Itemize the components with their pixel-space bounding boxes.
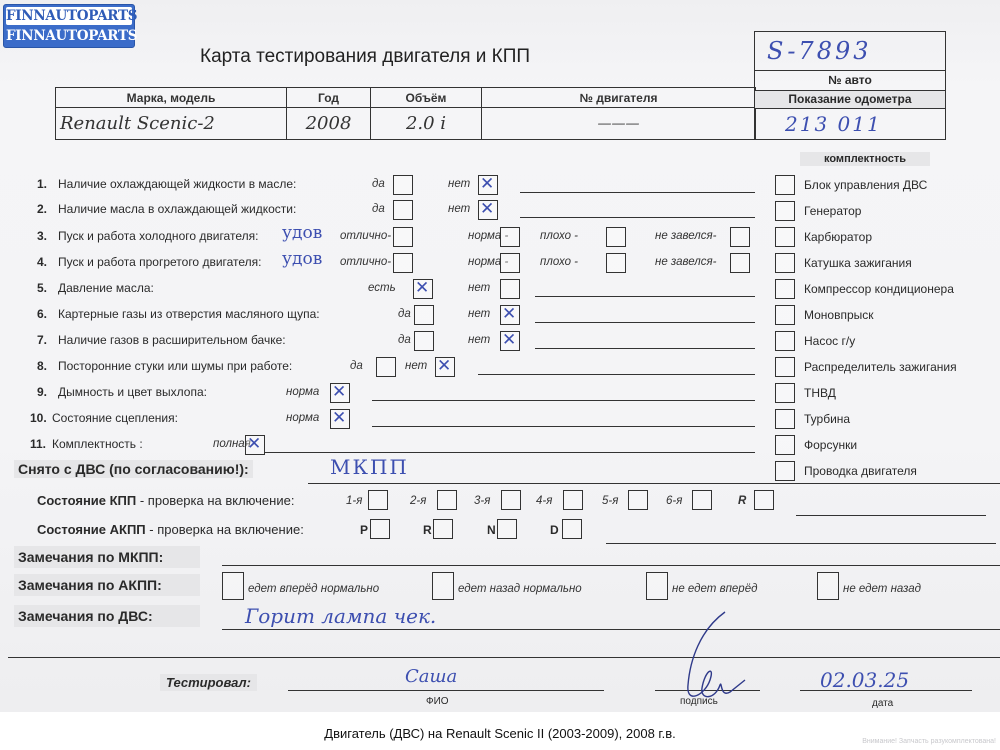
check-number: 4. [37, 255, 47, 269]
check-comment-line [372, 400, 755, 401]
akpp-option-label: не едет вперёд [672, 583, 757, 595]
remarks-dvs-line [222, 629, 1000, 630]
option-checkbox[interactable] [330, 383, 350, 403]
check-number: 1. [37, 177, 47, 191]
option-label: нет [448, 178, 470, 190]
mode-checkbox[interactable] [562, 519, 582, 539]
mode-checkbox[interactable] [497, 519, 517, 539]
check-number: 6. [37, 307, 47, 321]
option-checkbox[interactable] [478, 175, 498, 195]
removed-line [308, 483, 1000, 484]
mode-checkbox[interactable] [433, 519, 453, 539]
option-checkbox[interactable] [606, 253, 626, 273]
option-checkbox[interactable] [393, 175, 413, 195]
completeness-item-label: Катушка зажигания [804, 256, 912, 270]
option-checkbox[interactable] [606, 227, 626, 247]
option-label: отлично- [340, 230, 391, 242]
completeness-item-label: Форсунки [804, 438, 857, 452]
manual-gearbox-label-rest: - проверка на включение: [136, 493, 294, 508]
removed-value: МКПП [330, 455, 409, 479]
option-checkbox[interactable] [330, 409, 350, 429]
check-comment-line [520, 217, 755, 218]
completeness-checkbox[interactable] [775, 253, 795, 273]
remarks-akpp-label: Замечания по АКПП: [14, 574, 200, 596]
name-caption: ФИО [426, 696, 449, 707]
completeness-item-label: Генератор [804, 204, 861, 218]
option-checkbox[interactable] [414, 305, 434, 325]
volume-value: 2.0 i [371, 108, 482, 140]
auto-gearbox-label: Состояние АКПП - проверка на включение: [37, 522, 304, 537]
name-line [288, 690, 604, 691]
mode-checkbox[interactable] [370, 519, 390, 539]
option-checkbox[interactable] [435, 357, 455, 377]
akpp-option-label: едет назад нормально [458, 583, 582, 595]
mode-label: D [550, 523, 559, 537]
scanned-form: FINNAUTOPARTS FINNAUTOPARTS Карта тестир… [0, 0, 1000, 712]
completeness-checkbox[interactable] [775, 201, 795, 221]
remarks-mkpp-label: Замечания по МКПП: [14, 546, 200, 568]
year-value: 2008 [287, 108, 371, 140]
option-label: нет [405, 360, 427, 372]
gear-label: 1-я [346, 495, 362, 507]
remarks-dvs-label: Замечания по ДВС: [14, 605, 200, 627]
gear-label: 4-я [536, 495, 552, 507]
completeness-item-label: ТНВД [804, 386, 836, 400]
check-number: 5. [37, 281, 47, 295]
gear-checkbox[interactable] [563, 490, 583, 510]
col-make-model: Марка, модель [56, 88, 287, 108]
car-number-value: S-7893 [755, 32, 945, 71]
check-label: Наличие охлаждающей жидкости в масле: [58, 177, 296, 191]
remarks-dvs-value: Горит лампа чек. [245, 604, 436, 628]
gear-label: 3-я [474, 495, 490, 507]
auto-gearbox-label-bold: Состояние АКПП [37, 522, 146, 537]
test-date: 02.03.25 [820, 668, 909, 692]
check-note: удов [282, 249, 322, 269]
gear-checkbox[interactable] [754, 490, 774, 510]
option-checkbox[interactable] [730, 253, 750, 273]
completeness-item-label: Карбюратор [804, 230, 872, 244]
remarks-extra-line [8, 657, 1000, 658]
check-label: Посторонние стуки или шумы при работе: [58, 359, 292, 373]
option-label: норма [286, 412, 319, 424]
option-label: да [398, 334, 411, 346]
option-label: норма [286, 386, 319, 398]
check-label: Дымность и цвет выхлопа: [58, 385, 207, 399]
option-checkbox[interactable] [500, 253, 520, 273]
check-comment-line [520, 192, 755, 193]
page-caption: Двигатель (ДВС) на Renault Scenic II (20… [0, 712, 1000, 750]
check-label: Давление масла: [58, 281, 154, 295]
gear-label: R [738, 495, 746, 507]
check-label: Состояние сцепления: [52, 411, 178, 425]
signature-scribble [670, 610, 750, 710]
car-number-label: № авто [755, 71, 945, 91]
check-label: Картерные газы из отверстия масляного щу… [58, 307, 320, 321]
completeness-checkbox[interactable] [775, 357, 795, 377]
gear-checkbox[interactable] [437, 490, 457, 510]
gear-checkbox[interactable] [692, 490, 712, 510]
check-number: 3. [37, 229, 47, 243]
gear-label: 2-я [410, 495, 426, 507]
check-comment-line [535, 322, 755, 323]
check-number: 11. [30, 437, 46, 451]
check-note: удов [282, 223, 322, 243]
auto-gearbox-label-rest: - проверка на включение: [146, 522, 304, 537]
option-checkbox[interactable] [376, 357, 396, 377]
completeness-item-label: Блок управления ДВС [804, 178, 927, 192]
option-checkbox[interactable] [500, 279, 520, 299]
make-model-value: Renault Scenic-2 [56, 108, 287, 140]
removed-label: Снято с ДВС (по согласованию!): [14, 460, 253, 478]
vehicle-info-table: S-7893 № авто Показание одометра 213 011 [754, 31, 946, 140]
form-title: Карта тестирования двигателя и КПП [200, 46, 530, 68]
check-number: 2. [37, 202, 47, 216]
akpp-option-checkbox[interactable] [432, 572, 454, 600]
gear-label: 6-я [666, 495, 682, 507]
logo-line-2: FINNAUTOPARTS [6, 27, 132, 45]
completeness-checkbox[interactable] [775, 331, 795, 351]
check-number: 10. [30, 411, 47, 425]
completeness-checkbox[interactable] [775, 305, 795, 325]
akpp-option-checkbox[interactable] [817, 572, 839, 600]
check-comment-line [478, 374, 755, 375]
check-number: 7. [37, 333, 47, 347]
completeness-checkbox[interactable] [775, 409, 795, 429]
col-year: Год [287, 88, 371, 108]
completeness-title: комплектность [800, 152, 930, 166]
gear-checkbox[interactable] [501, 490, 521, 510]
option-checkbox[interactable] [500, 227, 520, 247]
check-label: Пуск и работа прогретого двигателя: [58, 255, 262, 269]
date-line [800, 690, 972, 691]
engine-number-value: ——— [482, 108, 756, 140]
manual-gearbox-line [796, 515, 986, 516]
completeness-checkbox[interactable] [775, 435, 795, 455]
option-label: нет [468, 282, 490, 294]
option-label: да [350, 360, 363, 372]
akpp-option-label: не едет назад [843, 583, 921, 595]
option-checkbox[interactable] [393, 227, 413, 247]
option-label: есть [368, 282, 396, 294]
akpp-option-checkbox[interactable] [646, 572, 668, 600]
option-label: нет [468, 308, 490, 320]
col-volume: Объём [371, 88, 482, 108]
completeness-checkbox[interactable] [775, 461, 795, 481]
vehicle-header-table: Марка, модель Год Объём № двигателя Rena… [55, 87, 756, 140]
completeness-item-label: Компрессор кондиционера [804, 282, 954, 296]
check-label: Наличие газов в расширительном бачке: [58, 333, 286, 347]
option-label: да [372, 203, 385, 215]
check-label: Пуск и работа холодного двигателя: [58, 229, 258, 243]
option-label: плохо - [540, 256, 578, 268]
option-label: не завелся- [655, 230, 717, 242]
check-comment-line [535, 348, 755, 349]
option-checkbox[interactable] [245, 435, 265, 455]
completeness-item-label: Турбина [804, 412, 850, 426]
option-checkbox[interactable] [500, 331, 520, 351]
gear-label: 5-я [602, 495, 618, 507]
completeness-item-label: Моновпрыск [804, 308, 874, 322]
mode-label: R [423, 523, 432, 537]
watermark: Внимание! Запчасть разукомплектована! [862, 738, 996, 745]
manual-gearbox-label: Состояние КПП - проверка на включение: [37, 493, 294, 508]
logo: FINNAUTOPARTS FINNAUTOPARTS [3, 4, 135, 48]
check-label: Наличие масла в охлаждающей жидкости: [58, 202, 296, 216]
option-label: нет [448, 203, 470, 215]
option-label: да [372, 178, 385, 190]
remarks-mkpp-line [222, 565, 1000, 566]
completeness-item-label: Насос г/у [804, 334, 855, 348]
option-checkbox[interactable] [730, 227, 750, 247]
gear-checkbox[interactable] [628, 490, 648, 510]
check-comment-line [372, 426, 755, 427]
mode-label: N [487, 523, 496, 537]
check-number: 9. [37, 385, 47, 399]
mode-label: P [360, 523, 368, 537]
option-label: да [398, 308, 411, 320]
option-checkbox[interactable] [393, 200, 413, 220]
completeness-checkbox[interactable] [775, 383, 795, 403]
option-checkbox[interactable] [393, 253, 413, 273]
gear-checkbox[interactable] [368, 490, 388, 510]
check-label: Комплектность : [52, 437, 143, 451]
option-label: отлично- [340, 256, 391, 268]
completeness-item-label: Проводка двигателя [804, 464, 917, 478]
odometer-value: 213 011 [755, 109, 945, 139]
akpp-option-label: едет вперёд нормально [248, 583, 379, 595]
date-caption: дата [872, 698, 893, 709]
check-comment-line [265, 452, 755, 453]
check-number: 8. [37, 359, 47, 373]
option-checkbox[interactable] [478, 200, 498, 220]
option-checkbox[interactable] [413, 279, 433, 299]
manual-gearbox-label-bold: Состояние КПП [37, 493, 136, 508]
tester-name: Саша [405, 666, 457, 687]
completeness-checkbox[interactable] [775, 175, 795, 195]
completeness-item-label: Распределитель зажигания [804, 360, 957, 374]
completeness-checkbox[interactable] [775, 279, 795, 299]
akpp-option-checkbox[interactable] [222, 572, 244, 600]
auto-gearbox-line [606, 543, 996, 544]
odometer-label: Показание одометра [755, 91, 945, 109]
tested-label: Тестировал: [160, 674, 257, 691]
option-label: не завелся- [655, 256, 717, 268]
completeness-checkbox[interactable] [775, 227, 795, 247]
option-checkbox[interactable] [500, 305, 520, 325]
option-label: нет [468, 334, 490, 346]
logo-line-1: FINNAUTOPARTS [6, 7, 132, 25]
col-engine-number: № двигателя [482, 88, 756, 108]
check-comment-line [535, 296, 755, 297]
option-label: плохо - [540, 230, 578, 242]
option-checkbox[interactable] [414, 331, 434, 351]
